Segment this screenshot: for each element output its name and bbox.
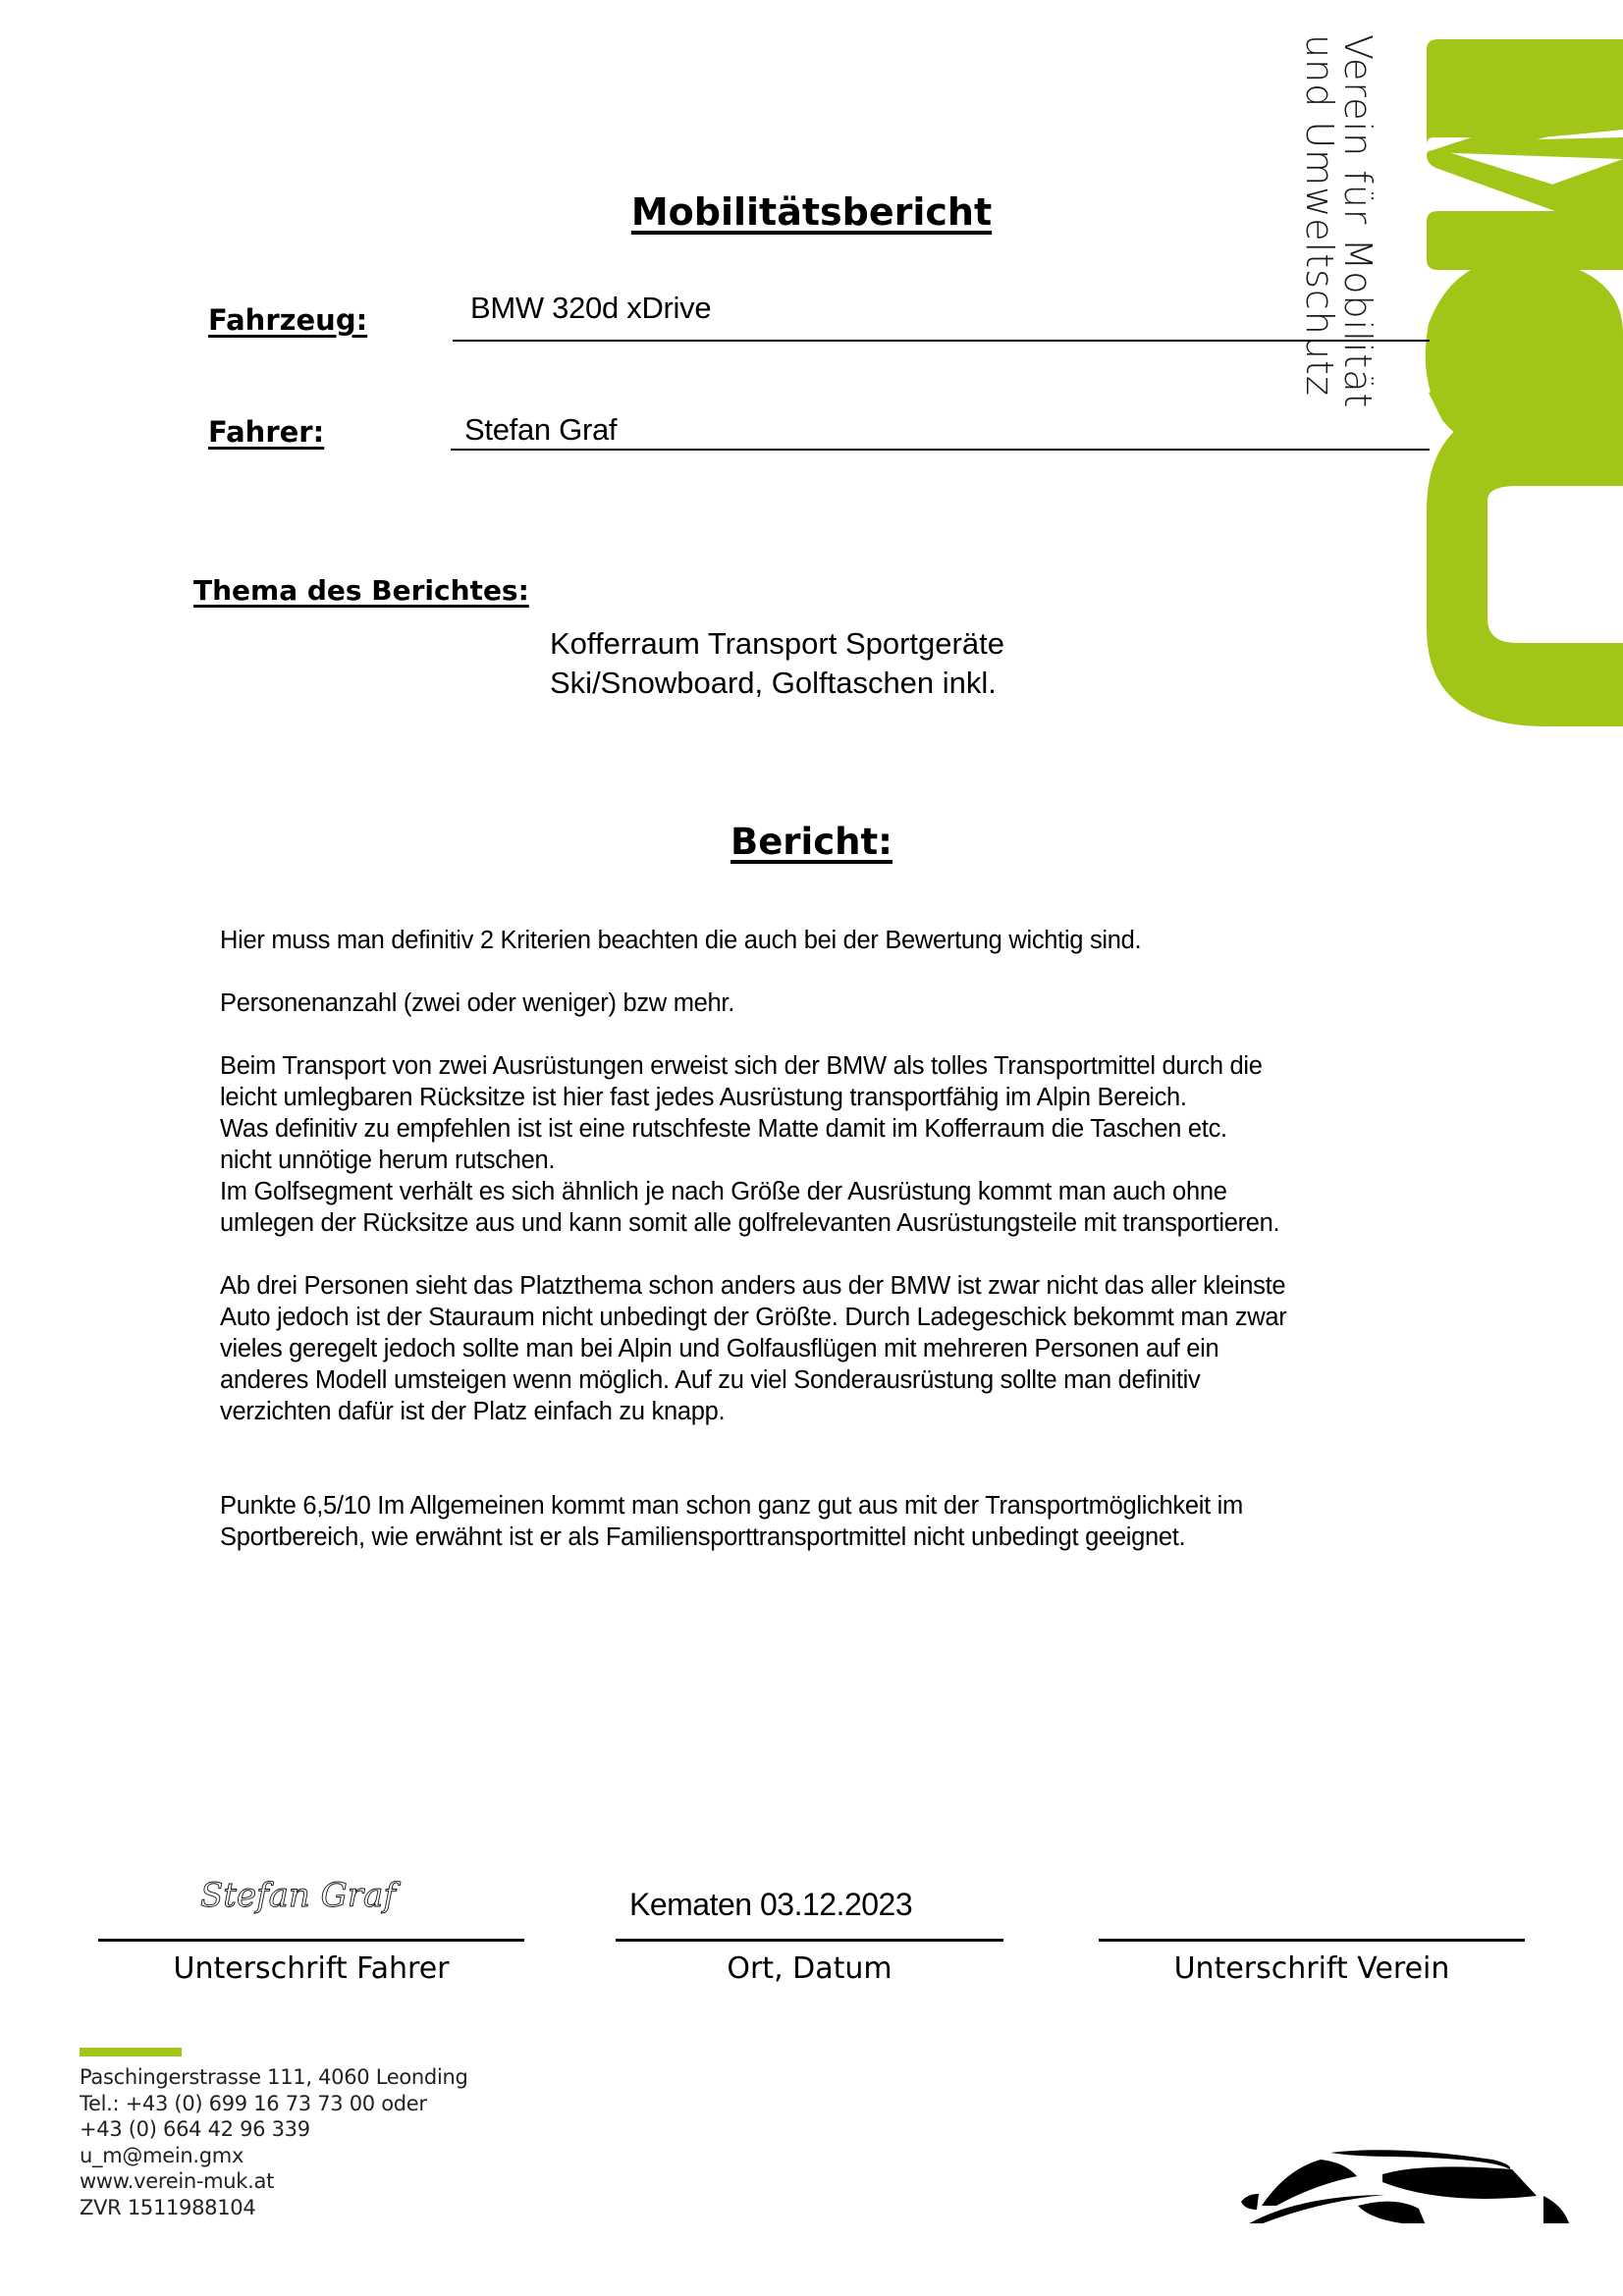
- vehicle-value: BMW 320d xDrive: [470, 291, 711, 326]
- svg-text:Stefan Graf: Stefan Graf: [200, 1876, 401, 1915]
- report-paragraph: Personenanzahl (zwei oder weniger) bzw m…: [220, 988, 1496, 1019]
- report-paragraph: Hier muss man definitiv 2 Kriterien beac…: [220, 925, 1496, 956]
- driver-label: Fahrer:: [208, 415, 324, 449]
- report-heading: Bericht:: [0, 821, 1623, 863]
- place-date-value: Kematen 03.12.2023: [629, 1887, 912, 1923]
- page-title: Mobilitätsbericht: [0, 190, 1623, 234]
- vehicle-underline: [453, 340, 1430, 342]
- place-date-label: Ort, Datum: [616, 1951, 1003, 1986]
- driver-signature-label: Unterschrift Fahrer: [98, 1951, 524, 1986]
- topic-line-1: Kofferraum Transport Sportgeräte: [550, 624, 1004, 664]
- driver-underline: [451, 449, 1430, 451]
- topic-label: Thema des Berichtes:: [193, 574, 529, 607]
- club-logo-monogram: [1399, 39, 1623, 726]
- vehicle-label: Fahrzeug:: [208, 303, 367, 337]
- driver-value: Stefan Graf: [464, 412, 617, 448]
- driver-signature-line: [98, 1939, 524, 1942]
- club-signature-line: [1099, 1939, 1525, 1942]
- topic-text: Kofferraum Transport Sportgeräte Ski/Sno…: [550, 624, 1004, 703]
- car-silhouette-icon: [1198, 2115, 1571, 2223]
- footer-accent-bar: [80, 2048, 182, 2056]
- footer-phone-1: Tel.: +43 (0) 699 16 73 73 00 oder: [80, 2091, 468, 2117]
- footer-contact: Paschingerstrasse 111, 4060 Leonding Tel…: [80, 2064, 468, 2220]
- club-logo-tagline: Verein für Mobilität und Umweltschutz: [1301, 34, 1380, 447]
- club-signature-label: Unterschrift Verein: [1099, 1951, 1525, 1986]
- driver-signature: Stefan Graf: [196, 1865, 412, 1934]
- footer-zvr: ZVR 1511988104: [80, 2195, 468, 2221]
- footer-website: www.verein-muk.at: [80, 2168, 468, 2195]
- report-body: Hier muss man definitiv 2 Kriterien beac…: [220, 925, 1496, 1584]
- footer-phone-2: +43 (0) 664 42 96 339: [80, 2116, 468, 2143]
- report-paragraph: Ab drei Personen sieht das Platzthema sc…: [220, 1270, 1496, 1427]
- footer-email: u_m@mein.gmx: [80, 2143, 468, 2169]
- report-paragraph: Beim Transport von zwei Ausrüstungen erw…: [220, 1050, 1496, 1239]
- place-date-line: [616, 1939, 1003, 1942]
- topic-line-2: Ski/Snowboard, Golftaschen inkl.: [550, 664, 1004, 703]
- footer-address: Paschingerstrasse 111, 4060 Leonding: [80, 2064, 468, 2091]
- report-paragraph: Punkte 6,5/10 Im Allgemeinen kommt man s…: [220, 1490, 1496, 1553]
